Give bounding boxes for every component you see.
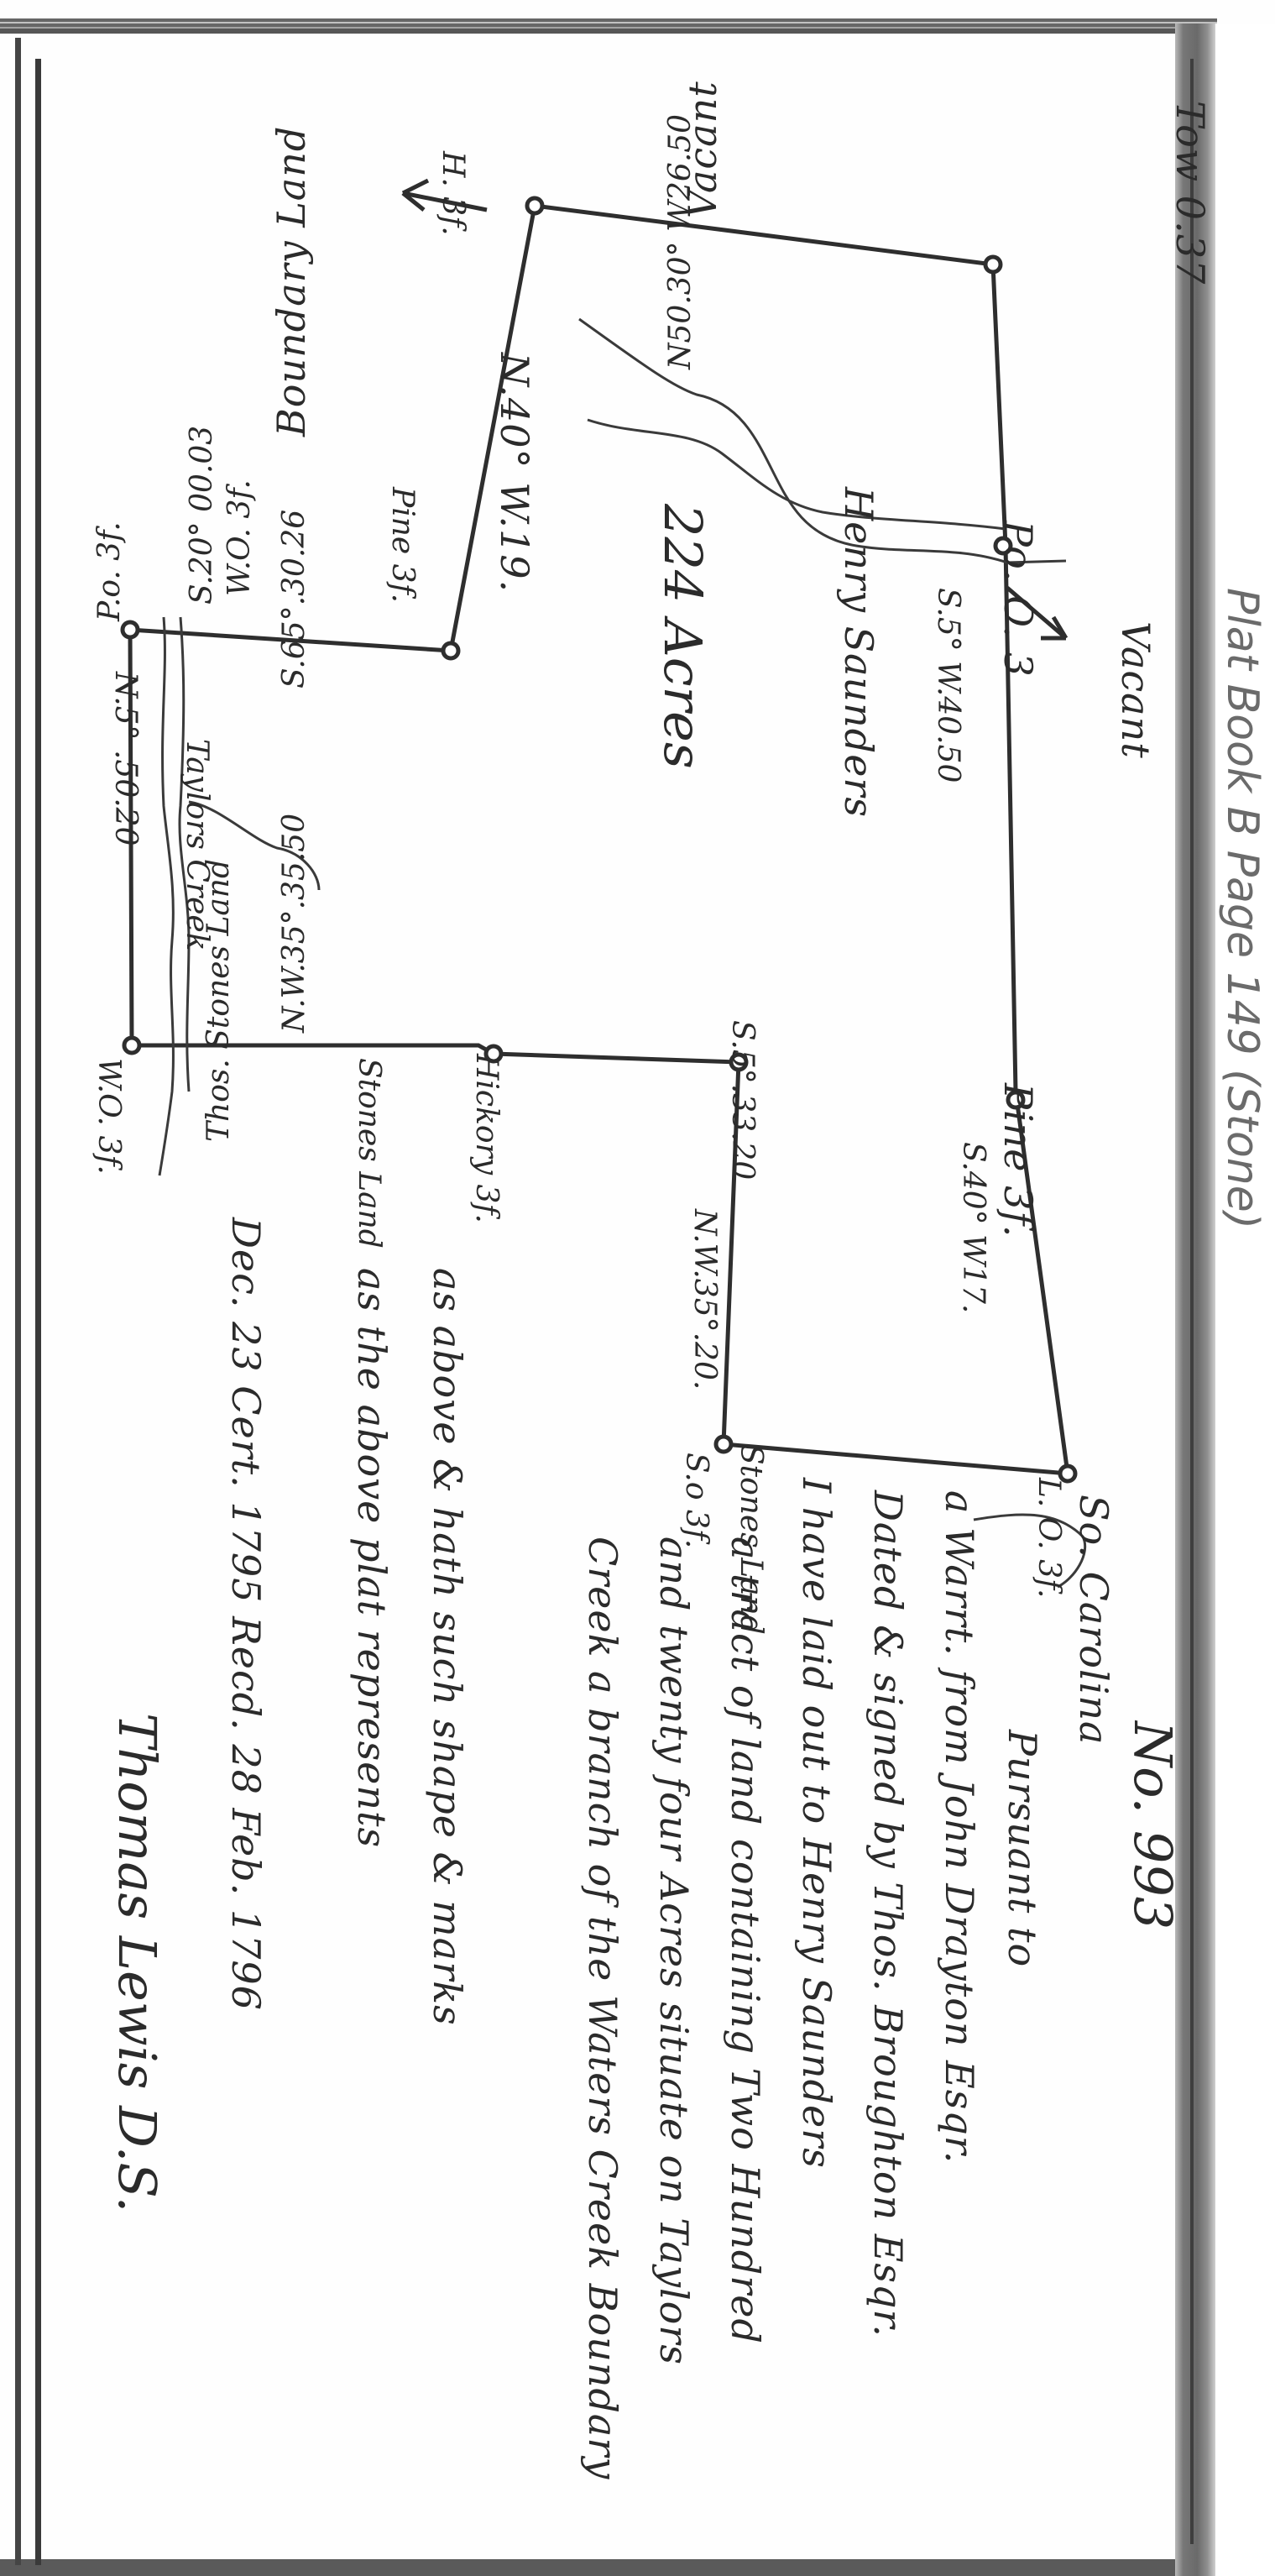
bearing-1: N50.30° W26.50 bbox=[663, 114, 698, 369]
corner-label-c2: Po. O. 3 bbox=[995, 521, 1041, 678]
corner-label-c9b: Pine 3f. bbox=[385, 487, 420, 603]
taylors-creek-label: Taylors Creek bbox=[180, 739, 214, 951]
bearing-2: S.5° W.40.50 bbox=[931, 588, 965, 783]
margin-note: Plat Book B Page 149 (Stone) bbox=[1217, 588, 1267, 1229]
bearing-8: S.65°.30.26 bbox=[277, 510, 311, 689]
corner-marker bbox=[527, 198, 542, 213]
corner-marker bbox=[443, 643, 458, 658]
certificate-line-7: Creek a branch of the Waters Creek Bound… bbox=[580, 1537, 625, 2479]
certificate-line-9: as the above plat represents bbox=[349, 1268, 395, 1848]
corner-label-c1: Tow 0.37 bbox=[1168, 101, 1213, 285]
corner-label-c8: P.o. 3f. bbox=[92, 521, 127, 621]
certificate-line-8: as above & hath such shape & marks bbox=[425, 1268, 470, 2026]
corner-marker bbox=[985, 257, 1001, 272]
certificate-line-5: a tract of land containing Two Hundred bbox=[723, 1537, 768, 2344]
certificate-line-2: a Warrt. from John Drayton Esqr. bbox=[937, 1490, 982, 2164]
plat-drawing bbox=[0, 0, 1275, 2576]
bearing-10: S.20° 00.03 bbox=[185, 426, 219, 605]
state-heading: So. Carolina bbox=[1071, 1495, 1116, 1745]
corner-label-c3: Pine 3f. bbox=[995, 1083, 1041, 1238]
taylors-creek-1 bbox=[159, 617, 173, 1175]
corner-label-c9: W.O. 3f. bbox=[222, 479, 257, 596]
acreage-label: 224 Acres bbox=[652, 504, 713, 769]
owner-label: Henry Saunders bbox=[836, 487, 881, 818]
corner-label-c5: S.o 3f. bbox=[679, 1453, 713, 1548]
certificate-line-1: Pursuant to bbox=[1000, 1730, 1045, 1967]
stones-land-bracket bbox=[974, 1515, 1085, 1587]
bearing-6: N.W.35°.35.50 bbox=[277, 814, 311, 1033]
plat-document: Plat Book B Page 149 (Stone) No. 993 So.… bbox=[0, 0, 1275, 2576]
bearing-9: N.40° W.19. bbox=[492, 353, 537, 593]
bearing-5: S.5°.33.20 bbox=[725, 1020, 760, 1180]
certificate-line-3: Dated & signed by Thos. Broughton Esqr. bbox=[865, 1490, 911, 2338]
land-label: Stones Land bbox=[352, 1058, 386, 1249]
certificate-line-4: I have laid out to Henry Saunders bbox=[794, 1478, 839, 2169]
corner-marker bbox=[124, 1038, 139, 1053]
certificate-line-6: and twenty four Acres situate on Taylors bbox=[651, 1537, 697, 2365]
bearing-4: N.W.35°.20. bbox=[687, 1209, 722, 1390]
corner-label-c7: W.O. 3f. bbox=[91, 1058, 126, 1175]
bearing-3: S.40° W17. bbox=[956, 1142, 990, 1313]
corner-marker bbox=[716, 1437, 731, 1452]
surveyor-signature: Thomas Lewis D.S. bbox=[107, 1713, 168, 2212]
corner-marker bbox=[123, 622, 138, 637]
document-number: No. 993 bbox=[1122, 1721, 1184, 1929]
boundary-land-label: Boundary Land bbox=[269, 126, 314, 437]
corner-label-c10: H. 3f. bbox=[436, 151, 470, 236]
corner-label-c4: L. O. 3f. bbox=[1032, 1478, 1066, 1598]
bearing-7: N.5° .50.20 bbox=[108, 672, 143, 846]
vacant-label-right: Vacant bbox=[1113, 621, 1158, 759]
certificate-line-10: Dec. 23 Cert. 1795 Recd. 28 Feb. 1796 bbox=[223, 1217, 269, 2011]
corner-label-c6: Hickory 3f. bbox=[469, 1054, 504, 1223]
